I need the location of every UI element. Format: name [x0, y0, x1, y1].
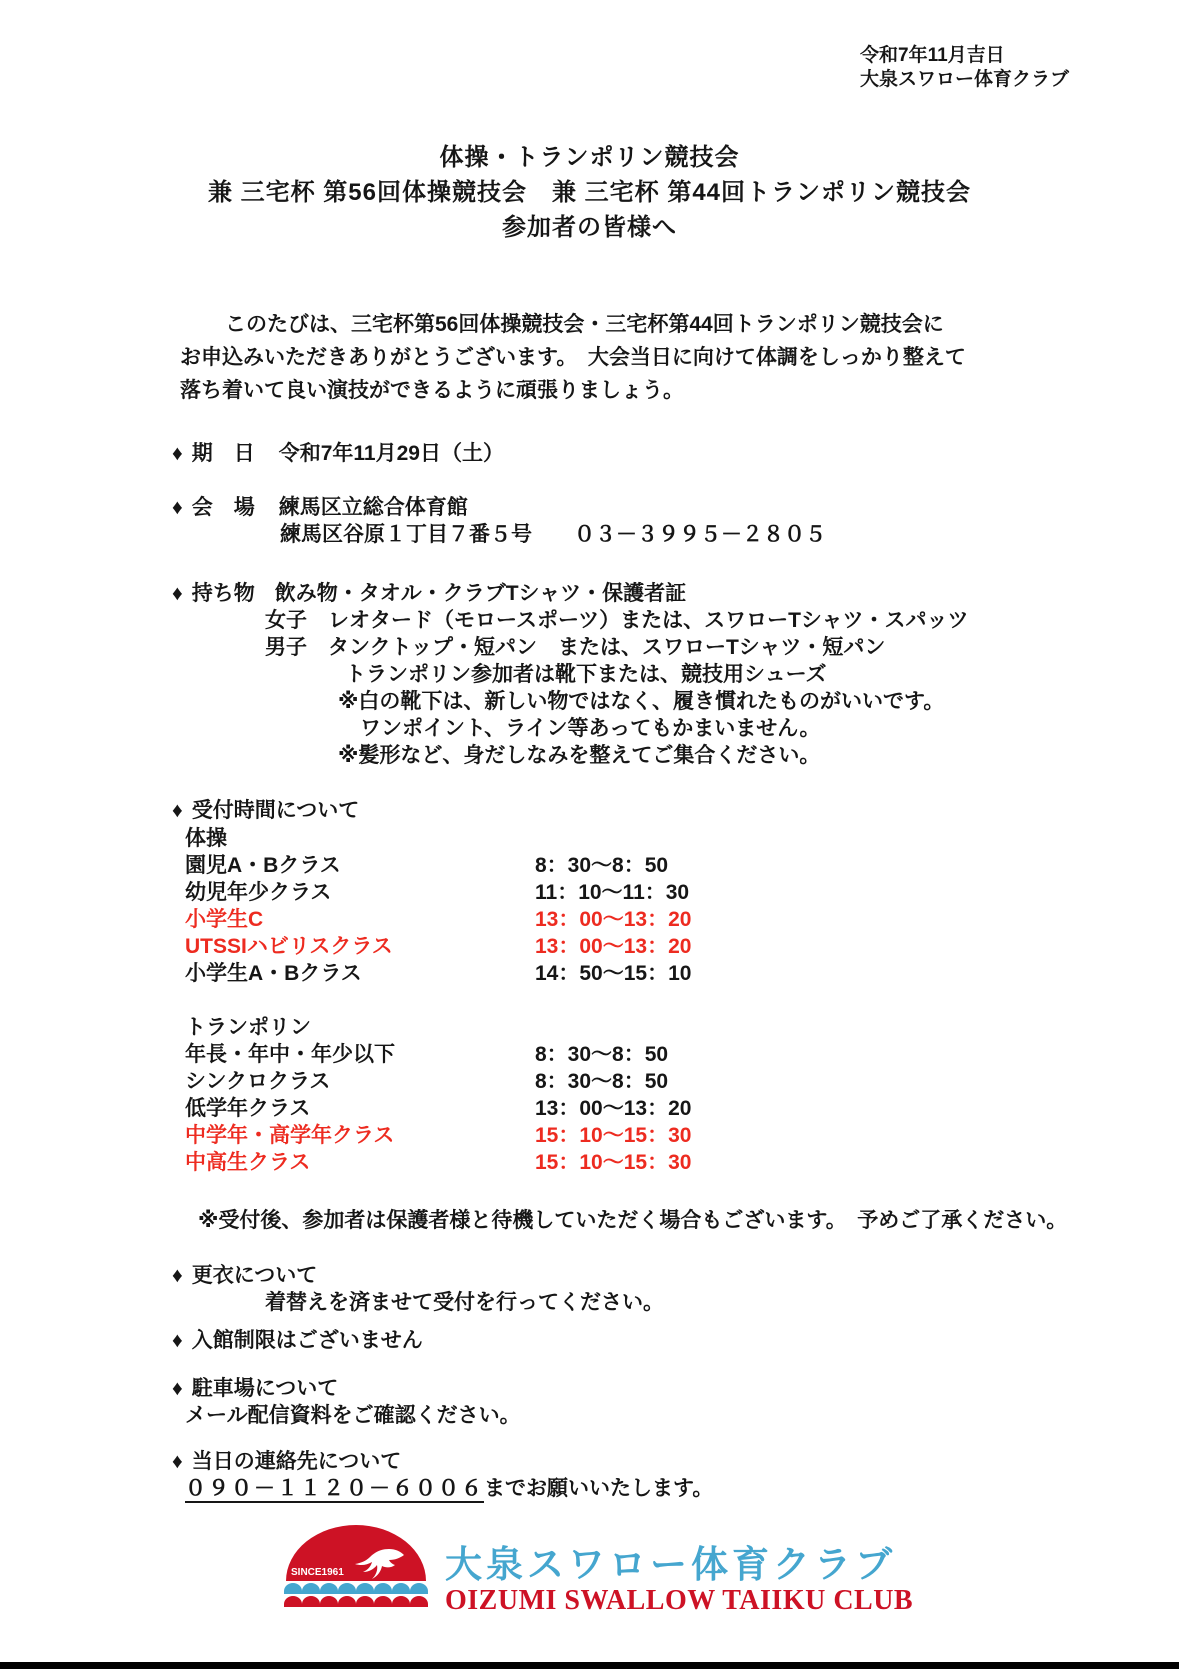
class-name: 低学年クラス: [185, 1095, 535, 1122]
emblem-wave-red: [284, 1596, 428, 1607]
club-name-japanese: 大泉スワロー体育クラブ: [445, 1545, 913, 1585]
schedule-row: シンクロクラス8：30～8：50: [185, 1068, 691, 1095]
changing-heading: 更衣について: [192, 1264, 318, 1287]
class-name: 幼児年少クラス: [185, 879, 535, 906]
title-line-3: 参加者の皆様へ: [0, 210, 1179, 245]
section-entry: ♦入館制限はございません: [172, 1327, 423, 1354]
section-date: ♦期 日令和7年11月29日（土）: [172, 440, 504, 467]
club-name-english: OIZUMI SWALLOW TAIIKU CLUB: [445, 1586, 913, 1615]
club-logo: SINCE1961 大泉スワロー体育クラブ OIZUMI SWALLOW TAI…: [283, 1523, 913, 1615]
issue-info: 令和7年11月吉日 大泉スワロー体育クラブ: [860, 44, 1069, 92]
belongings-line-boys: 男子 タンクトップ・短パン または、スワローTシャツ・短パン: [265, 634, 969, 661]
contact-phone: ０９０－１１２０－６００６: [185, 1477, 484, 1503]
diamond-bullet-icon: ♦: [172, 580, 183, 607]
intro-line-3: 落ち着いて良い演技ができるように頑張りましょう。: [180, 374, 966, 407]
class-name: 小学生C: [185, 906, 535, 933]
class-time: 15：10～15：30: [535, 1149, 691, 1176]
class-time: 15：10～15：30: [535, 1122, 691, 1149]
diamond-bullet-icon: ♦: [172, 1262, 183, 1289]
class-time: 11：10～11：30: [535, 879, 689, 906]
issuer-name: 大泉スワロー体育クラブ: [860, 68, 1069, 92]
since-text: SINCE1961: [291, 1567, 344, 1578]
class-time: 8：30～8：50: [535, 1041, 668, 1068]
section-reception-heading: ♦受付時間について: [172, 797, 359, 824]
date-label: 期 日: [192, 442, 255, 465]
contact-suffix: までお願いいたします。: [484, 1477, 713, 1500]
club-logo-text: 大泉スワロー体育クラブ OIZUMI SWALLOW TAIIKU CLUB: [445, 1523, 913, 1615]
belongings-label: 持ち物: [192, 582, 255, 605]
contact-heading: 当日の連絡先について: [192, 1450, 402, 1473]
diamond-bullet-icon: ♦: [172, 797, 183, 824]
entry-heading: 入館制限はございません: [192, 1329, 423, 1352]
title-line-1: 体操・トランポリン競技会: [0, 140, 1179, 175]
belongings-note-onepoint: ワンポイント、ライン等あってもかまいません。: [360, 715, 969, 742]
schedule-row: 中学年・高学年クラス15：10～15：30: [185, 1122, 691, 1149]
class-time: 8：30～8：50: [535, 1068, 668, 1095]
gymnastics-schedule: 体操 園児A・Bクラス8：30～8：50 幼児年少クラス11：10～11：30 …: [172, 825, 691, 987]
section-changing: ♦更衣について 着替えを済ませて受付を行ってください。: [172, 1262, 664, 1316]
issue-date: 令和7年11月吉日: [860, 44, 1069, 68]
venue-address: 練馬区谷原１丁目７番５号 ０３－３９９５－２８０５: [280, 521, 826, 548]
belongings-note-socks: ※白の靴下は、新しい物ではなく、履き慣れたものがいいです。: [338, 688, 969, 715]
diamond-bullet-icon: ♦: [172, 1448, 183, 1475]
trampoline-schedule: トランポリン 年長・年中・年少以下8：30～8：50 シンクロクラス8：30～8…: [172, 1014, 691, 1176]
trampoline-subheading: トランポリン: [185, 1014, 691, 1041]
belongings-line-girls: 女子 レオタード（モロースポーツ）または、スワローTシャツ・スパッツ: [265, 607, 969, 634]
class-time: 13：00～13：20: [535, 933, 691, 960]
diamond-bullet-icon: ♦: [172, 1327, 183, 1354]
class-name: 園児A・Bクラス: [185, 852, 535, 879]
changing-line: 着替えを済ませて受付を行ってください。: [265, 1289, 664, 1316]
section-belongings: ♦持ち物飲み物・タオル・クラブTシャツ・保護者証 女子 レオタード（モロースポー…: [172, 580, 969, 769]
section-contact: ♦当日の連絡先について ０９０－１１２０－６００６までお願いいたします。: [172, 1448, 713, 1502]
parking-line: メール配信資料をご確認ください。: [185, 1402, 521, 1429]
class-time: 13：00～13：20: [535, 1095, 691, 1122]
bottom-edge-bar: [0, 1662, 1179, 1669]
club-emblem-icon: SINCE1961: [283, 1523, 429, 1607]
venue-name: 練馬区立総合体育館: [279, 496, 468, 519]
schedule-row: 中高生クラス15：10～15：30: [185, 1149, 691, 1176]
class-time: 8：30～8：50: [535, 852, 668, 879]
schedule-row: 小学生A・Bクラス14：50～15：10: [185, 960, 691, 987]
class-name: シンクロクラス: [185, 1068, 535, 1095]
schedule-row: UTSSIハビリスクラス13：00～13：20: [185, 933, 691, 960]
intro-line-1: このたびは、三宅杯第56回体操競技会・三宅杯第44回トランポリン競技会に: [225, 308, 966, 341]
schedule-row: 低学年クラス13：00～13：20: [185, 1095, 691, 1122]
intro-paragraph: このたびは、三宅杯第56回体操競技会・三宅杯第44回トランポリン競技会に お申込…: [180, 308, 966, 407]
schedule-row: 園児A・Bクラス8：30～8：50: [185, 852, 691, 879]
belongings-note-grooming: ※髪形など、身だしなみを整えてご集合ください。: [338, 742, 969, 769]
class-name: UTSSIハビリスクラス: [185, 933, 535, 960]
reception-note: ※受付後、参加者は保護者様と待機していただく場合もございます。 予めご了承くださ…: [198, 1207, 1067, 1234]
parking-heading: 駐車場について: [192, 1377, 339, 1400]
schedule-row: 小学生C13：00～13：20: [185, 906, 691, 933]
reception-heading: 受付時間について: [192, 799, 360, 822]
title-line-2: 兼 三宅杯 第56回体操競技会 兼 三宅杯 第44回トランポリン競技会: [0, 175, 1179, 210]
date-value: 令和7年11月29日（土）: [279, 442, 504, 465]
notice-page: 令和7年11月吉日 大泉スワロー体育クラブ 体操・トランポリン競技会 兼 三宅杯…: [0, 0, 1179, 1669]
intro-line-2: お申込みいただきありがとうございます。 大会当日に向けて体調をしっかり整えて: [180, 341, 966, 374]
class-name: 中学年・高学年クラス: [185, 1122, 535, 1149]
belongings-line-0: 飲み物・タオル・クラブTシャツ・保護者証: [275, 582, 686, 605]
class-name: 年長・年中・年少以下: [185, 1041, 535, 1068]
gymnastics-subheading: 体操: [185, 825, 691, 852]
diamond-bullet-icon: ♦: [172, 494, 183, 521]
section-venue: ♦会 場練馬区立総合体育館 練馬区谷原１丁目７番５号 ０３－３９９５－２８０５: [172, 494, 826, 548]
document-title: 体操・トランポリン競技会 兼 三宅杯 第56回体操競技会 兼 三宅杯 第44回ト…: [0, 140, 1179, 245]
schedule-row: 幼児年少クラス11：10～11：30: [185, 879, 691, 906]
venue-label: 会 場: [192, 496, 255, 519]
class-name: 小学生A・Bクラス: [185, 960, 535, 987]
section-parking: ♦駐車場について メール配信資料をご確認ください。: [172, 1375, 521, 1429]
diamond-bullet-icon: ♦: [172, 440, 183, 467]
class-time: 14：50～15：10: [535, 960, 691, 987]
emblem-wave-blue: [284, 1583, 428, 1594]
class-name: 中高生クラス: [185, 1149, 535, 1176]
diamond-bullet-icon: ♦: [172, 1375, 183, 1402]
class-time: 13：00～13：20: [535, 906, 691, 933]
belongings-line-trampoline: トランポリン参加者は靴下または、競技用シューズ: [345, 661, 969, 688]
schedule-row: 年長・年中・年少以下8：30～8：50: [185, 1041, 691, 1068]
